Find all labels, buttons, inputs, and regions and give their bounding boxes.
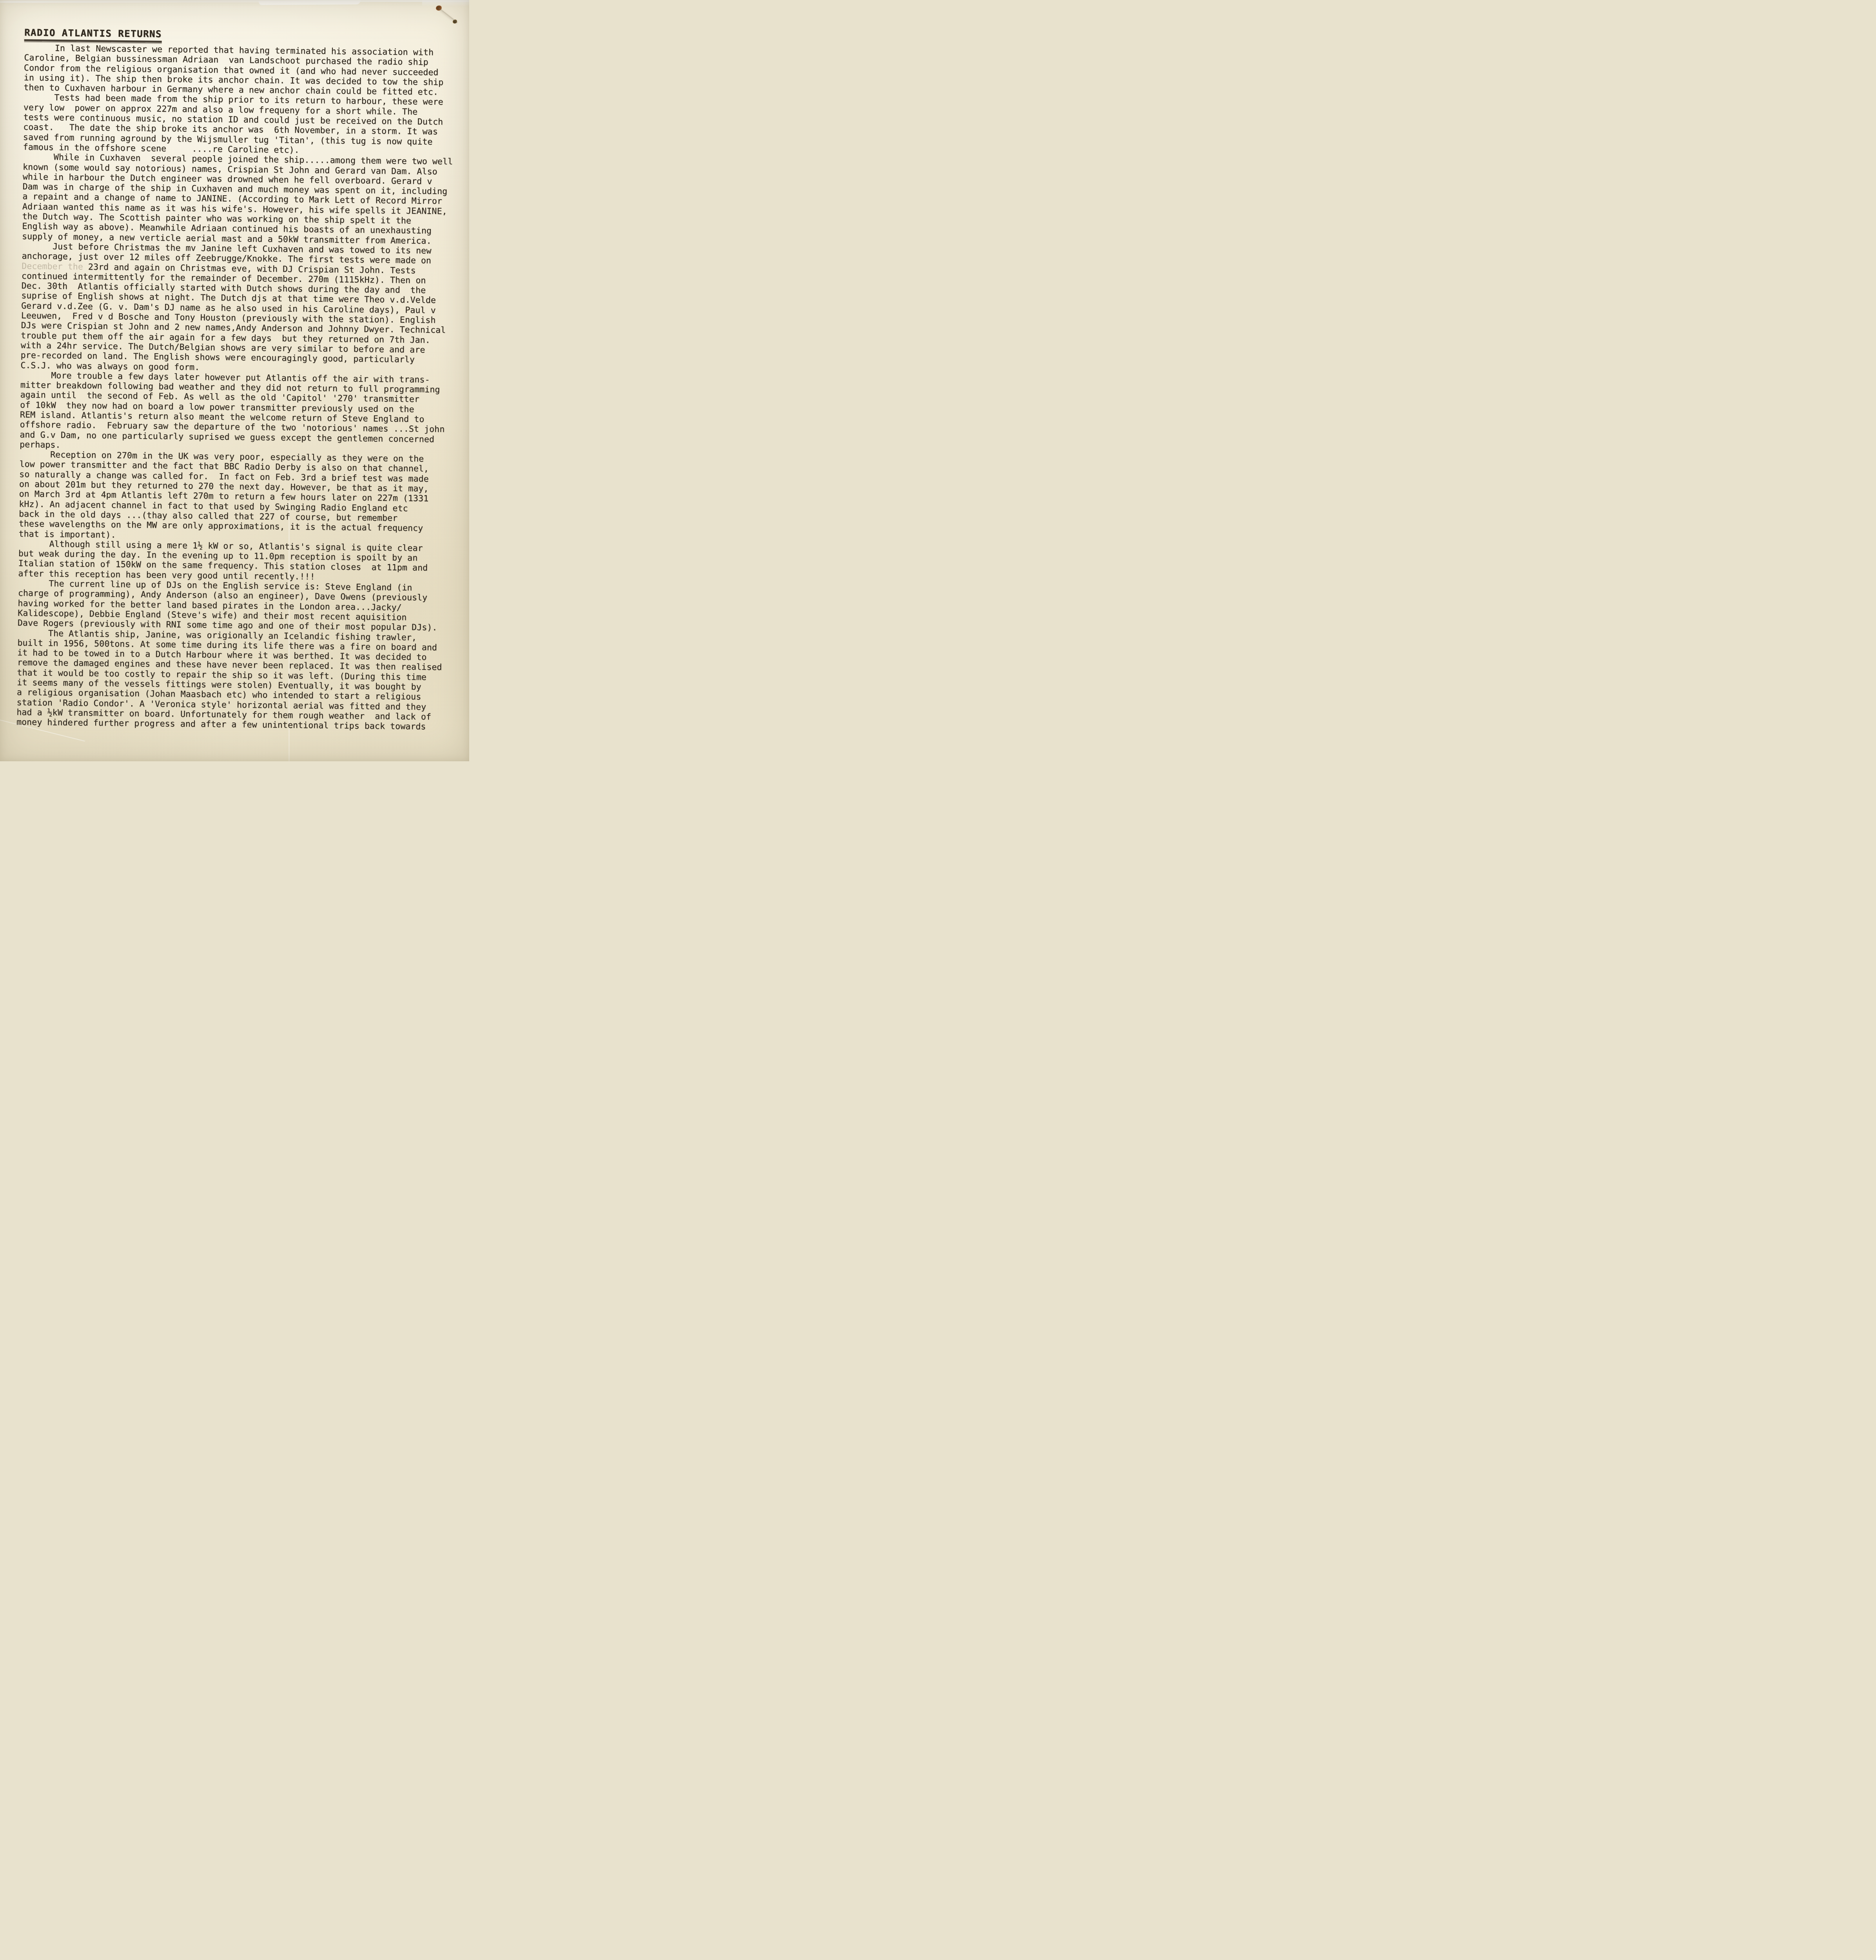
paragraph: While in Cuxhaven several people joined … — [22, 152, 468, 247]
paragraph: Although still using a mere 1½ kW or so,… — [18, 539, 463, 584]
paragraph: Reception on 270m in the UK was very poo… — [18, 450, 464, 544]
typed-content: RADIO ATLANTIS RETURNS In last Newscaste… — [0, 0, 469, 732]
paragraph: The Atlantis ship, Janine, was origional… — [16, 628, 463, 732]
faded-text: December the — [22, 261, 88, 272]
paragraph: Tests had been made from the ship prior … — [23, 93, 469, 157]
paragraph: In last Newscaster we reported that havi… — [24, 43, 469, 98]
paragraph: Just before Christmas the mv Janine left… — [20, 241, 467, 376]
paragraph: More trouble a few days later however pu… — [20, 370, 465, 455]
typed-body: In last Newscaster we reported that havi… — [16, 43, 469, 732]
page-title: RADIO ATLANTIS RETURNS — [24, 27, 162, 43]
scanned-page: RADIO ATLANTIS RETURNS In last Newscaste… — [0, 0, 469, 761]
paragraph: The current line up of DJs on the Englis… — [18, 579, 463, 633]
